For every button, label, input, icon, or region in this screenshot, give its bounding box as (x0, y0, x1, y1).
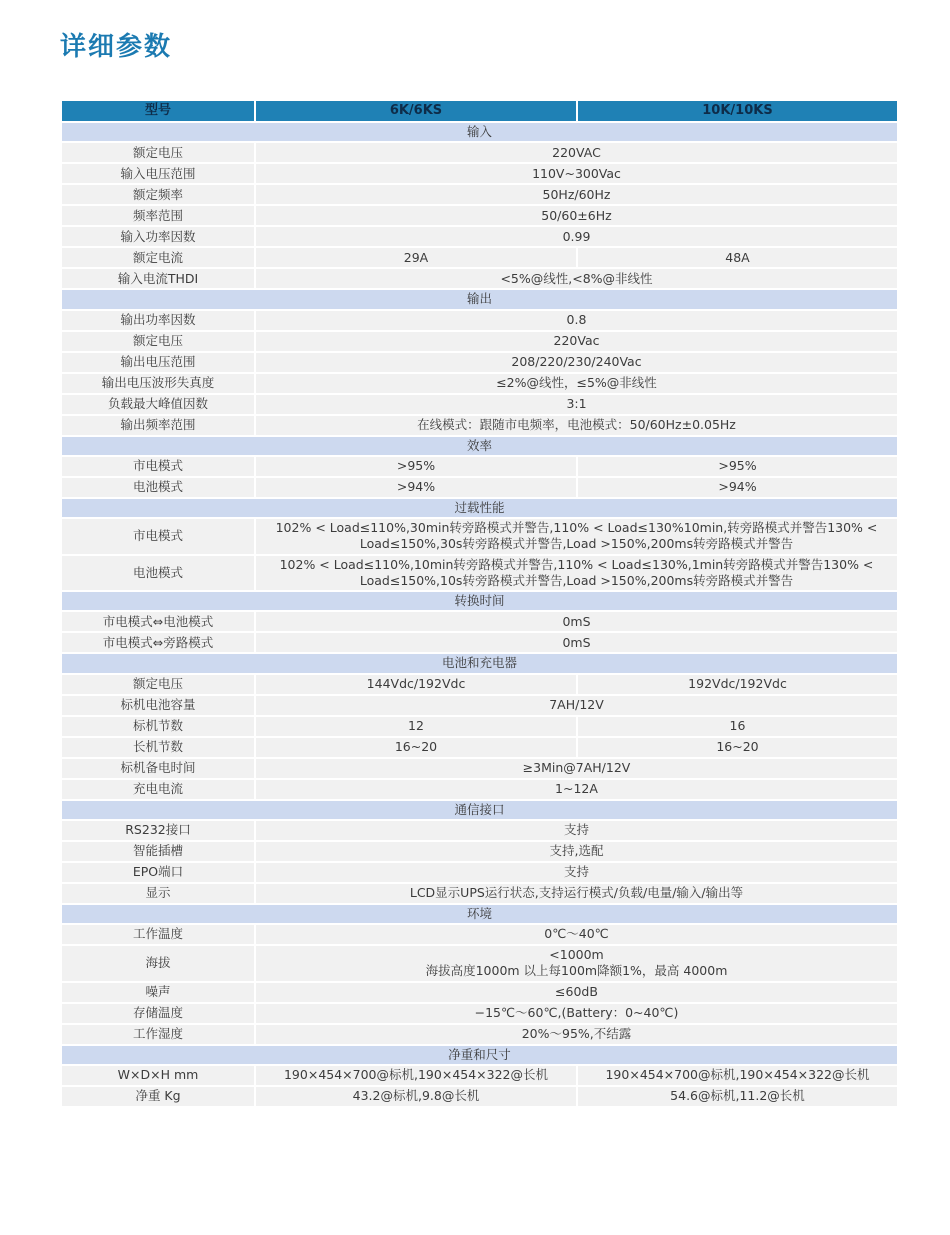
table-row: 额定电压220VAC (62, 143, 897, 162)
row-value: 支持,选配 (256, 842, 897, 861)
row-value: 102% < Load≤110%,30min转旁路模式并警告,110% < Lo… (256, 519, 897, 554)
row-value: 0mS (256, 633, 897, 652)
row-value-10k: 16~20 (578, 738, 897, 757)
row-value-10k: 190×454×700@标机,190×454×322@长机 (578, 1066, 897, 1085)
row-label: 市电模式⇔电池模式 (62, 612, 254, 631)
col-header-model: 型号 (62, 101, 254, 121)
row-value-10k: >95% (578, 457, 897, 476)
table-row: EPO端口支持 (62, 863, 897, 882)
row-label: 输出电压波形失真度 (62, 374, 254, 393)
table-row: 负载最大峰值因数3:1 (62, 395, 897, 414)
table-row: 额定频率50Hz/60Hz (62, 185, 897, 204)
row-label: 噪声 (62, 983, 254, 1002)
table-row: 电池模式102% < Load≤110%,10min转旁路模式并警告,110% … (62, 556, 897, 591)
table-header: 型号 6K/6KS 10K/10KS (62, 101, 897, 121)
row-label: 额定电压 (62, 675, 254, 694)
row-value: LCD显示UPS运行状态,支持运行模式/负载/电量/输入/输出等 (256, 884, 897, 903)
row-label: EPO端口 (62, 863, 254, 882)
row-value: 220VAC (256, 143, 897, 162)
table-row: 频率范围50/60±6Hz (62, 206, 897, 225)
section-row: 输出 (62, 290, 897, 308)
row-value-10k: >94% (578, 478, 897, 497)
row-label: 市电模式 (62, 457, 254, 476)
row-value: 20%～95%,不结露 (256, 1025, 897, 1044)
section-title: 环境 (62, 905, 897, 923)
row-label: 输入功率因数 (62, 227, 254, 246)
table-row: 输入电流THDI<5%@线性,<8%@非线性 (62, 269, 897, 288)
row-label: 电池模式 (62, 478, 254, 497)
section-row: 电池和充电器 (62, 654, 897, 672)
table-row: 存储温度−15℃～60℃,(Battery：0~40℃) (62, 1004, 897, 1023)
section-row: 输入 (62, 123, 897, 141)
row-value-6k: 12 (256, 717, 576, 736)
row-value: 支持 (256, 863, 897, 882)
section-title: 效率 (62, 437, 897, 455)
table-row: 输出频率范围在线模式：跟随市电频率，电池模式：50/60Hz±0.05Hz (62, 416, 897, 435)
row-value: 在线模式：跟随市电频率，电池模式：50/60Hz±0.05Hz (256, 416, 897, 435)
row-label: 输出频率范围 (62, 416, 254, 435)
row-label: 额定频率 (62, 185, 254, 204)
table-row: 标机节数1216 (62, 717, 897, 736)
table-row: 额定电压144Vdc/192Vdc192Vdc/192Vdc (62, 675, 897, 694)
table-body: 输入额定电压220VAC输入电压范围110V~300Vac额定频率50Hz/60… (62, 123, 897, 1106)
row-value: 3:1 (256, 395, 897, 414)
row-label: 电池模式 (62, 556, 254, 591)
row-label: 额定电压 (62, 143, 254, 162)
section-row: 转换时间 (62, 592, 897, 610)
row-label: 海拔 (62, 946, 254, 981)
row-value-6k: 43.2@标机,9.8@长机 (256, 1087, 576, 1106)
row-value: 0mS (256, 612, 897, 631)
table-row: 标机电池容量7AH/12V (62, 696, 897, 715)
row-label: 市电模式 (62, 519, 254, 554)
row-label: 长机节数 (62, 738, 254, 757)
table-row: 智能插槽支持,选配 (62, 842, 897, 861)
header-row: 型号 6K/6KS 10K/10KS (62, 101, 897, 121)
row-label: RS232接口 (62, 821, 254, 840)
table-row: 显示LCD显示UPS运行状态,支持运行模式/负载/电量/输入/输出等 (62, 884, 897, 903)
table-row: 市电模式⇔电池模式0mS (62, 612, 897, 631)
row-value-10k: 54.6@标机,11.2@长机 (578, 1087, 897, 1106)
section-title: 输入 (62, 123, 897, 141)
row-value: 102% < Load≤110%,10min转旁路模式并警告,110% < Lo… (256, 556, 897, 591)
section-title: 过载性能 (62, 499, 897, 517)
row-value-6k: >94% (256, 478, 576, 497)
section-title: 转换时间 (62, 592, 897, 610)
section-title: 净重和尺寸 (62, 1046, 897, 1064)
row-label: 工作温度 (62, 925, 254, 944)
row-value-6k: 190×454×700@标机,190×454×322@长机 (256, 1066, 576, 1085)
table-row: 额定电流29A48A (62, 248, 897, 267)
row-value-6k: 144Vdc/192Vdc (256, 675, 576, 694)
row-value: 支持 (256, 821, 897, 840)
page: 详细参数 型号 6K/6KS 10K/10KS 输入额定电压220VAC输入电压… (0, 0, 950, 1108)
table-row: 工作湿度20%～95%,不结露 (62, 1025, 897, 1044)
row-value: 7AH/12V (256, 696, 897, 715)
table-row: 输入功率因数0.99 (62, 227, 897, 246)
page-title: 详细参数 (60, 26, 895, 63)
row-value: 0.8 (256, 311, 897, 330)
table-row: 净重 Kg43.2@标机,9.8@长机54.6@标机,11.2@长机 (62, 1087, 897, 1106)
row-value-6k: 29A (256, 248, 576, 267)
row-label: 输入电压范围 (62, 164, 254, 183)
table-row: 输出电压范围208/220/230/240Vac (62, 353, 897, 372)
table-row: 标机备电时间≥3Min@7AH/12V (62, 759, 897, 778)
row-label: 智能插槽 (62, 842, 254, 861)
section-row: 净重和尺寸 (62, 1046, 897, 1064)
row-value: 110V~300Vac (256, 164, 897, 183)
table-row: 充电电流1~12A (62, 780, 897, 799)
row-label: 负载最大峰值因数 (62, 395, 254, 414)
row-value: ≥3Min@7AH/12V (256, 759, 897, 778)
table-row: 输出功率因数0.8 (62, 311, 897, 330)
row-label: 输出功率因数 (62, 311, 254, 330)
table-row: 额定电压220Vac (62, 332, 897, 351)
row-label: 频率范围 (62, 206, 254, 225)
table-row: 长机节数16~2016~20 (62, 738, 897, 757)
table-row: 输出电压波形失真度≤2%@线性，≤5%@非线性 (62, 374, 897, 393)
row-label: 标机节数 (62, 717, 254, 736)
section-row: 通信接口 (62, 801, 897, 819)
table-row: 市电模式⇔旁路模式0mS (62, 633, 897, 652)
row-label: 标机备电时间 (62, 759, 254, 778)
table-row: 海拔<1000m 海拔高度1000m 以上每100m降额1%，最高 4000m (62, 946, 897, 981)
row-value: 50Hz/60Hz (256, 185, 897, 204)
row-value: ≤2%@线性，≤5%@非线性 (256, 374, 897, 393)
row-label: 存储温度 (62, 1004, 254, 1023)
row-value: −15℃～60℃,(Battery：0~40℃) (256, 1004, 897, 1023)
row-value: 0.99 (256, 227, 897, 246)
table-row: 市电模式>95%>95% (62, 457, 897, 476)
row-label: 额定电压 (62, 332, 254, 351)
row-value-10k: 16 (578, 717, 897, 736)
spec-table: 型号 6K/6KS 10K/10KS 输入额定电压220VAC输入电压范围110… (60, 99, 899, 1108)
row-label: 市电模式⇔旁路模式 (62, 633, 254, 652)
col-header-6k: 6K/6KS (256, 101, 576, 121)
section-row: 环境 (62, 905, 897, 923)
row-label: 充电电流 (62, 780, 254, 799)
row-label: 标机电池容量 (62, 696, 254, 715)
row-label: 显示 (62, 884, 254, 903)
row-label: 额定电流 (62, 248, 254, 267)
row-label: 输入电流THDI (62, 269, 254, 288)
table-row: 工作温度0℃～40℃ (62, 925, 897, 944)
row-value-10k: 192Vdc/192Vdc (578, 675, 897, 694)
row-value: ≤60dB (256, 983, 897, 1002)
table-row: 输入电压范围110V~300Vac (62, 164, 897, 183)
table-row: 市电模式102% < Load≤110%,30min转旁路模式并警告,110% … (62, 519, 897, 554)
col-header-10k: 10K/10KS (578, 101, 897, 121)
table-row: 噪声≤60dB (62, 983, 897, 1002)
row-value: 0℃～40℃ (256, 925, 897, 944)
row-value: <5%@线性,<8%@非线性 (256, 269, 897, 288)
table-row: RS232接口支持 (62, 821, 897, 840)
row-value-10k: 48A (578, 248, 897, 267)
row-label: 工作湿度 (62, 1025, 254, 1044)
row-value: 1~12A (256, 780, 897, 799)
row-value-6k: 16~20 (256, 738, 576, 757)
row-value: 220Vac (256, 332, 897, 351)
row-label: 输出电压范围 (62, 353, 254, 372)
row-label: W×D×H mm (62, 1066, 254, 1085)
table-row: 电池模式>94%>94% (62, 478, 897, 497)
section-row: 效率 (62, 437, 897, 455)
table-row: W×D×H mm190×454×700@标机,190×454×322@长机190… (62, 1066, 897, 1085)
section-title: 输出 (62, 290, 897, 308)
row-value: <1000m 海拔高度1000m 以上每100m降额1%，最高 4000m (256, 946, 897, 981)
row-value: 208/220/230/240Vac (256, 353, 897, 372)
row-label: 净重 Kg (62, 1087, 254, 1106)
row-value: 50/60±6Hz (256, 206, 897, 225)
row-value-6k: >95% (256, 457, 576, 476)
section-row: 过载性能 (62, 499, 897, 517)
section-title: 通信接口 (62, 801, 897, 819)
section-title: 电池和充电器 (62, 654, 897, 672)
